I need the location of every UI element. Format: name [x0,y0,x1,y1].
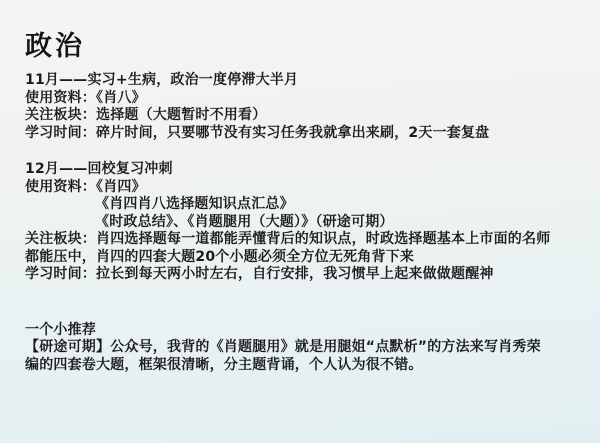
november-focus-line: 关注板块：选择题（大题暂时不用看） [25,107,585,125]
study-plan-slide: 政治 11月——实习+生病，政治一度停滞大半月 使用资料：《肖八》 关注板块：选… [0,0,600,443]
november-time-line: 学习时间：碎片时间，只要哪节没有实习任务我就拿出来刷，2天一套复盘 [25,125,585,143]
section-november: 11月——实习+生病，政治一度停滞大半月 使用资料：《肖八》 关注板块：选择题（… [25,72,585,142]
december-focus-line: 关注板块：肖四选择题每一道都能弄懂背后的知识点，时政选择题基本上市面的名师 [25,231,585,249]
slide-content: 11月——实习+生病，政治一度停滞大半月 使用资料：《肖八》 关注板块：选择题（… [25,72,585,374]
section-december: 12月——回校复习冲刺 使用资料：《肖四》 《肖四肖八选择题知识点汇总》 《时政… [25,161,585,284]
december-focus-line-2: 都能压中，肖四的四套大题20个小题必须全方位无死角背下来 [25,249,585,267]
recommendation-heading: 一个小推荐 [25,322,585,340]
december-materials-line-2: 《肖四肖八选择题知识点汇总》 [25,196,585,214]
november-materials-line: 使用资料：《肖八》 [25,90,585,108]
page-title: 政治 [25,24,85,63]
november-heading: 11月——实习+生病，政治一度停滞大半月 [25,72,585,90]
december-time-line: 学习时间：拉长到每天两小时左右，自行安排，我习惯早上起来做做题醒神 [25,266,585,284]
december-materials-line-3: 《时政总结》、《肖题腿用（大题）》（研途可期） [25,214,585,232]
section-recommendation: 一个小推荐 【研途可期】公众号，我背的《肖题腿用》就是用腿姐“点默析”的方法来写… [25,322,585,375]
december-heading: 12月——回校复习冲刺 [25,161,585,179]
recommendation-line-1: 【研途可期】公众号，我背的《肖题腿用》就是用腿姐“点默析”的方法来写肖秀荣 [25,339,585,357]
december-materials-line: 使用资料：《肖四》 [25,179,585,197]
recommendation-line-2: 编的四套卷大题，框架很清晰，分主题背诵，个人认为很不错。 [25,357,585,375]
